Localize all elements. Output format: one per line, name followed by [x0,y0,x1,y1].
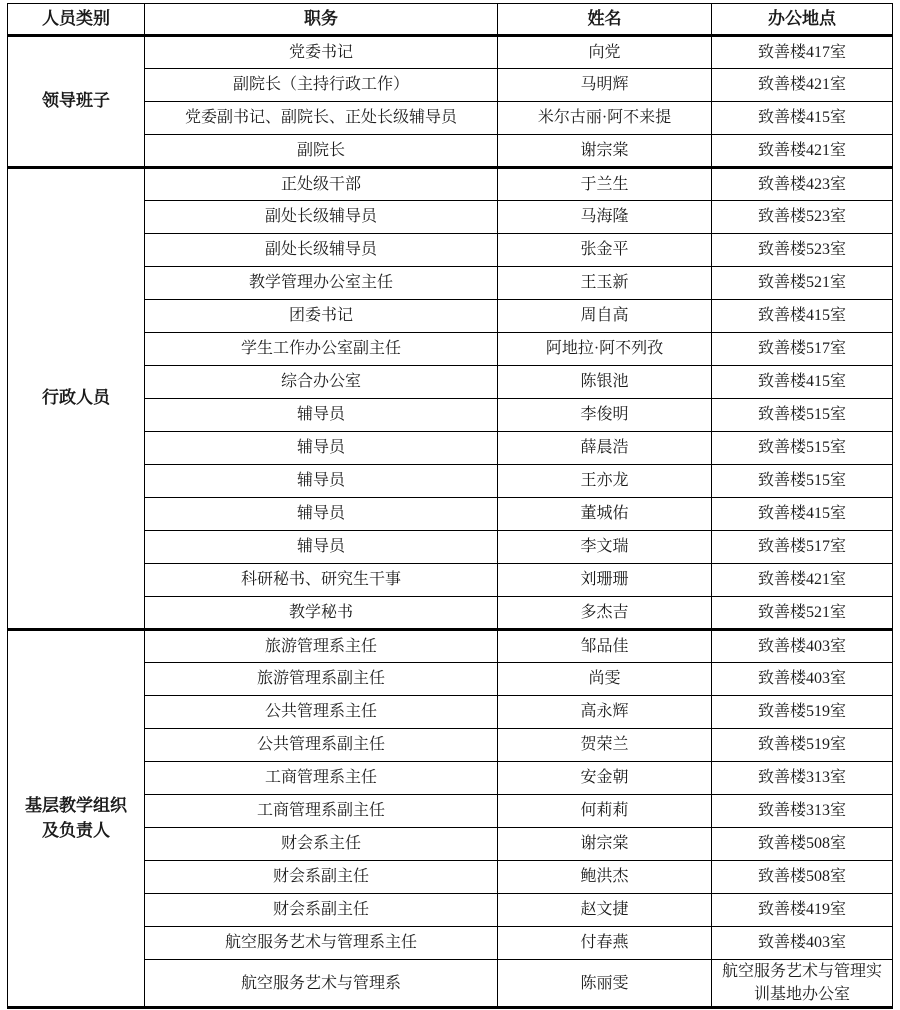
office-cell: 致善楼523室 [712,201,893,234]
name-cell: 董城佑 [498,498,712,531]
position-cell: 副院长（主持行政工作） [145,69,498,102]
staff-directory-table: 人员类别 职务 姓名 办公地点 领导班子党委书记向党致善楼417室副院长（主持行… [7,3,893,1009]
office-cell: 航空服务艺术与管理实训基地办公室 [712,960,893,1008]
name-cell: 薛晨浩 [498,432,712,465]
name-cell: 陈银池 [498,366,712,399]
category-cell: 领导班子 [8,36,145,168]
name-cell: 周自高 [498,300,712,333]
table-row: 行政人员正处级干部于兰生致善楼423室 [8,168,893,201]
position-cell: 工商管理系主任 [145,762,498,795]
office-cell: 致善楼415室 [712,300,893,333]
table-row: 领导班子党委书记向党致善楼417室 [8,36,893,69]
position-cell: 副处长级辅导员 [145,201,498,234]
position-cell: 财会系副主任 [145,861,498,894]
name-cell: 李俊明 [498,399,712,432]
staff-directory-page: 人员类别 职务 姓名 办公地点 领导班子党委书记向党致善楼417室副院长（主持行… [0,0,900,1010]
table-row: 基层教学组织 及负责人旅游管理系主任邹品佳致善楼403室 [8,630,893,663]
name-cell: 安金朝 [498,762,712,795]
office-cell: 致善楼421室 [712,69,893,102]
office-cell: 致善楼421室 [712,135,893,168]
office-cell: 致善楼521室 [712,597,893,630]
name-cell: 高永辉 [498,696,712,729]
office-cell: 致善楼415室 [712,498,893,531]
name-cell: 马海隆 [498,201,712,234]
name-cell: 阿地拉·阿不列孜 [498,333,712,366]
name-cell: 张金平 [498,234,712,267]
position-cell: 正处级干部 [145,168,498,201]
position-cell: 公共管理系主任 [145,696,498,729]
position-cell: 科研秘书、研究生干事 [145,564,498,597]
position-cell: 党委书记 [145,36,498,69]
col-header-category: 人员类别 [8,4,145,36]
office-cell: 致善楼508室 [712,828,893,861]
name-cell: 赵文捷 [498,894,712,927]
position-cell: 辅导员 [145,465,498,498]
office-cell: 致善楼517室 [712,333,893,366]
position-cell: 教学管理办公室主任 [145,267,498,300]
col-header-office: 办公地点 [712,4,893,36]
office-cell: 致善楼403室 [712,630,893,663]
name-cell: 于兰生 [498,168,712,201]
name-cell: 谢宗棠 [498,828,712,861]
position-cell: 公共管理系副主任 [145,729,498,762]
office-cell: 致善楼521室 [712,267,893,300]
position-cell: 教学秘书 [145,597,498,630]
office-cell: 致善楼508室 [712,861,893,894]
name-cell: 王玉新 [498,267,712,300]
position-cell: 辅导员 [145,399,498,432]
position-cell: 副院长 [145,135,498,168]
position-cell: 综合办公室 [145,366,498,399]
name-cell: 鲍洪杰 [498,861,712,894]
office-cell: 致善楼519室 [712,729,893,762]
position-cell: 团委书记 [145,300,498,333]
office-cell: 致善楼313室 [712,795,893,828]
name-cell: 谢宗棠 [498,135,712,168]
office-cell: 致善楼515室 [712,432,893,465]
position-cell: 工商管理系副主任 [145,795,498,828]
name-cell: 陈丽雯 [498,960,712,1008]
name-cell: 王亦龙 [498,465,712,498]
col-header-name: 姓名 [498,4,712,36]
position-cell: 财会系副主任 [145,894,498,927]
office-cell: 致善楼421室 [712,564,893,597]
office-cell: 致善楼517室 [712,531,893,564]
position-cell: 旅游管理系副主任 [145,663,498,696]
name-cell: 何莉莉 [498,795,712,828]
position-cell: 学生工作办公室副主任 [145,333,498,366]
office-cell: 致善楼519室 [712,696,893,729]
position-cell: 辅导员 [145,432,498,465]
office-cell: 致善楼417室 [712,36,893,69]
office-cell: 致善楼403室 [712,927,893,960]
position-cell: 财会系主任 [145,828,498,861]
office-cell: 致善楼403室 [712,663,893,696]
position-cell: 副处长级辅导员 [145,234,498,267]
office-cell: 致善楼423室 [712,168,893,201]
position-cell: 旅游管理系主任 [145,630,498,663]
name-cell: 李文瑞 [498,531,712,564]
name-cell: 米尔古丽·阿不来提 [498,102,712,135]
position-cell: 党委副书记、副院长、正处长级辅导员 [145,102,498,135]
position-cell: 航空服务艺术与管理系主任 [145,927,498,960]
category-cell: 基层教学组织 及负责人 [8,630,145,1008]
category-cell: 行政人员 [8,168,145,630]
header-row: 人员类别 职务 姓名 办公地点 [8,4,893,36]
name-cell: 多杰吉 [498,597,712,630]
name-cell: 马明辉 [498,69,712,102]
name-cell: 向党 [498,36,712,69]
office-cell: 致善楼419室 [712,894,893,927]
office-cell: 致善楼415室 [712,366,893,399]
name-cell: 邹品佳 [498,630,712,663]
col-header-position: 职务 [145,4,498,36]
office-cell: 致善楼515室 [712,465,893,498]
name-cell: 刘珊珊 [498,564,712,597]
office-cell: 致善楼523室 [712,234,893,267]
office-cell: 致善楼515室 [712,399,893,432]
name-cell: 贺荣兰 [498,729,712,762]
position-cell: 航空服务艺术与管理系 [145,960,498,1008]
name-cell: 尚雯 [498,663,712,696]
position-cell: 辅导员 [145,531,498,564]
office-cell: 致善楼313室 [712,762,893,795]
office-cell: 致善楼415室 [712,102,893,135]
position-cell: 辅导员 [145,498,498,531]
name-cell: 付春燕 [498,927,712,960]
